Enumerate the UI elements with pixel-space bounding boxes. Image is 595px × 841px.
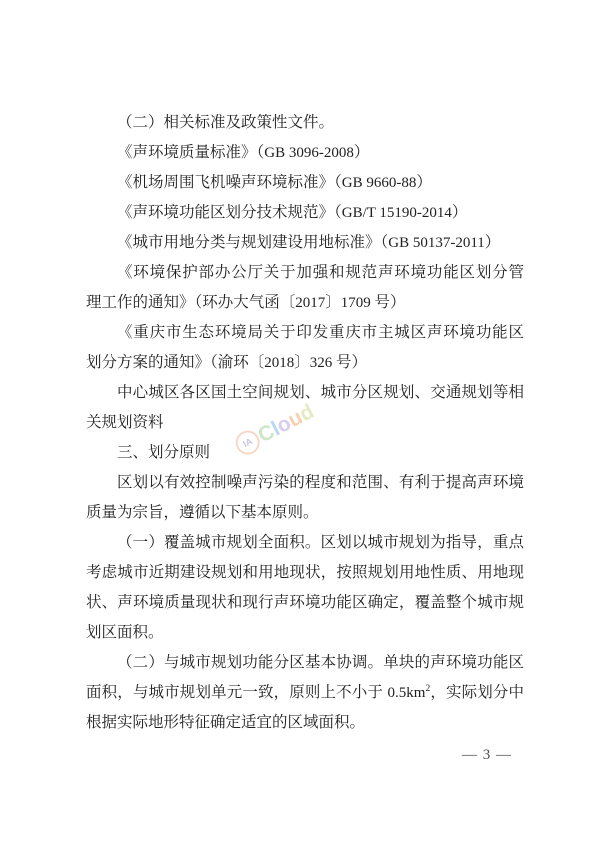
text-segment: 《城市用地分类与规划建设用地标准》（ [117, 234, 388, 251]
text-line: 三、划分原则 [86, 438, 524, 468]
text-segment: ） [452, 204, 468, 221]
text-segment: （二）与城市规划功能分区基本协调。单块的声环境功能区 [117, 654, 524, 671]
text-line: 中心城区各区国土空间规划、城市分区规划、交通规划等相 [86, 378, 524, 408]
text-segment: 区划以有效控制噪声污染的程度和范围、有利于提高声环境 [117, 474, 524, 491]
text-segment: 根据实际地形特征确定适宜的区域面积。 [86, 714, 365, 731]
text-segment: 中心城区各区国土空间规划、城市分区规划、交通规划等相 [117, 384, 524, 401]
text-line: 划区面积。 [86, 618, 524, 648]
text-segment: （一）覆盖城市规划全面积。区划以城市规划为指导，重点 [117, 534, 524, 551]
text-line: 根据实际地形特征确定适宜的区域面积。 [86, 708, 524, 738]
text-line: 关规划资料 [86, 408, 524, 438]
document-page: IACloud （二）相关标准及政策性文件。《声环境质量标准》（GB 3096-… [0, 0, 595, 841]
page-number-label: — 3 — [462, 747, 512, 763]
text-segment: 326 [310, 355, 336, 371]
text-segment: 《声环境质量标准》（ [117, 144, 264, 161]
text-segment: 〕 [325, 294, 341, 311]
text-line: 《声环境功能区划分技术规范》（GB/T 15190-2014） [86, 198, 524, 228]
text-segment: GB/T 15190-2014 [342, 205, 452, 221]
text-line: 《重庆市生态环境局关于印发重庆市主城区声环境功能区 [86, 318, 524, 348]
text-line: （二）相关标准及政策性文件。 [86, 108, 524, 138]
text-segment: 考虑城市近期建设规划和用地现状，按照规划用地性质、用地现 [86, 564, 524, 581]
text-segment: ） [354, 144, 370, 161]
page-number: — 3 — [462, 747, 512, 764]
text-segment: 号） [336, 354, 367, 371]
text-segment: 号） [375, 294, 406, 311]
text-segment: 2018 [264, 355, 294, 371]
text-segment: 《机场周围飞机噪声环境标准》（ [117, 174, 342, 191]
text-segment: 质量为宗旨，遵循以下基本原则。 [86, 504, 319, 521]
text-line: 面积，与城市规划单元一致，原则上不小于 0.5km2，实际划分中 [86, 678, 524, 708]
text-segment: 划区面积。 [86, 624, 164, 641]
text-segment: 《声环境功能区划分技术规范》（ [117, 204, 342, 221]
text-segment: 〕 [294, 354, 310, 371]
text-line: 《环境保护部办公厅关于加强和规范声环境功能区划分管 [86, 258, 524, 288]
text-segment: 1709 [341, 295, 375, 311]
text-line: 考虑城市近期建设规划和用地现状，按照规划用地性质、用地现 [86, 558, 524, 588]
text-segment: 三、划分原则 [117, 444, 210, 461]
text-line: 《机场周围飞机噪声环境标准》（GB 9660-88） [86, 168, 524, 198]
text-line: 《城市用地分类与规划建设用地标准》（GB 50137-2011） [86, 228, 524, 258]
text-segment: 理工作的通知》（环办大气函〔 [86, 294, 295, 311]
text-segment: GB 3096-2008 [264, 145, 354, 161]
text-segment: （二）相关标准及政策性文件。 [117, 114, 334, 131]
text-segment: ） [485, 234, 501, 251]
text-segment: 0.5km [388, 685, 426, 701]
text-line: 划分方案的通知》（渝环〔2018〕326 号） [86, 348, 524, 378]
text-line: 状、声环境质量现状和现行声环境功能区确定，覆盖整个城市规 [86, 588, 524, 618]
text-line: （一）覆盖城市规划全面积。区划以城市规划为指导，重点 [86, 528, 524, 558]
text-segment: GB 9660-88 [342, 175, 417, 191]
text-segment: 《环境保护部办公厅关于加强和规范声环境功能区划分管 [117, 264, 524, 281]
text-segment: 《重庆市生态环境局关于印发重庆市主城区声环境功能区 [117, 324, 524, 341]
text-line: 《声环境质量标准》（GB 3096-2008） [86, 138, 524, 168]
text-segment: 面积，与城市规划单元一致，原则上不小于 [86, 684, 388, 701]
text-segment: ，实际划分中 [430, 684, 524, 701]
text-segment: ） [416, 174, 432, 191]
text-segment: GB 50137-2011 [388, 235, 485, 251]
text-line: 区划以有效控制噪声污染的程度和范围、有利于提高声环境 [86, 468, 524, 498]
text-segment: 关规划资料 [86, 414, 164, 431]
text-segment: 2017 [295, 295, 325, 311]
text-segment: 划分方案的通知》（渝环〔 [86, 354, 264, 371]
document-body: （二）相关标准及政策性文件。《声环境质量标准》（GB 3096-2008）《机场… [86, 108, 524, 738]
text-line: 理工作的通知》（环办大气函〔2017〕1709 号） [86, 288, 524, 318]
text-segment: 状、声环境质量现状和现行声环境功能区确定，覆盖整个城市规 [86, 594, 524, 611]
text-line: 质量为宗旨，遵循以下基本原则。 [86, 498, 524, 528]
text-line: （二）与城市规划功能分区基本协调。单块的声环境功能区 [86, 648, 524, 678]
